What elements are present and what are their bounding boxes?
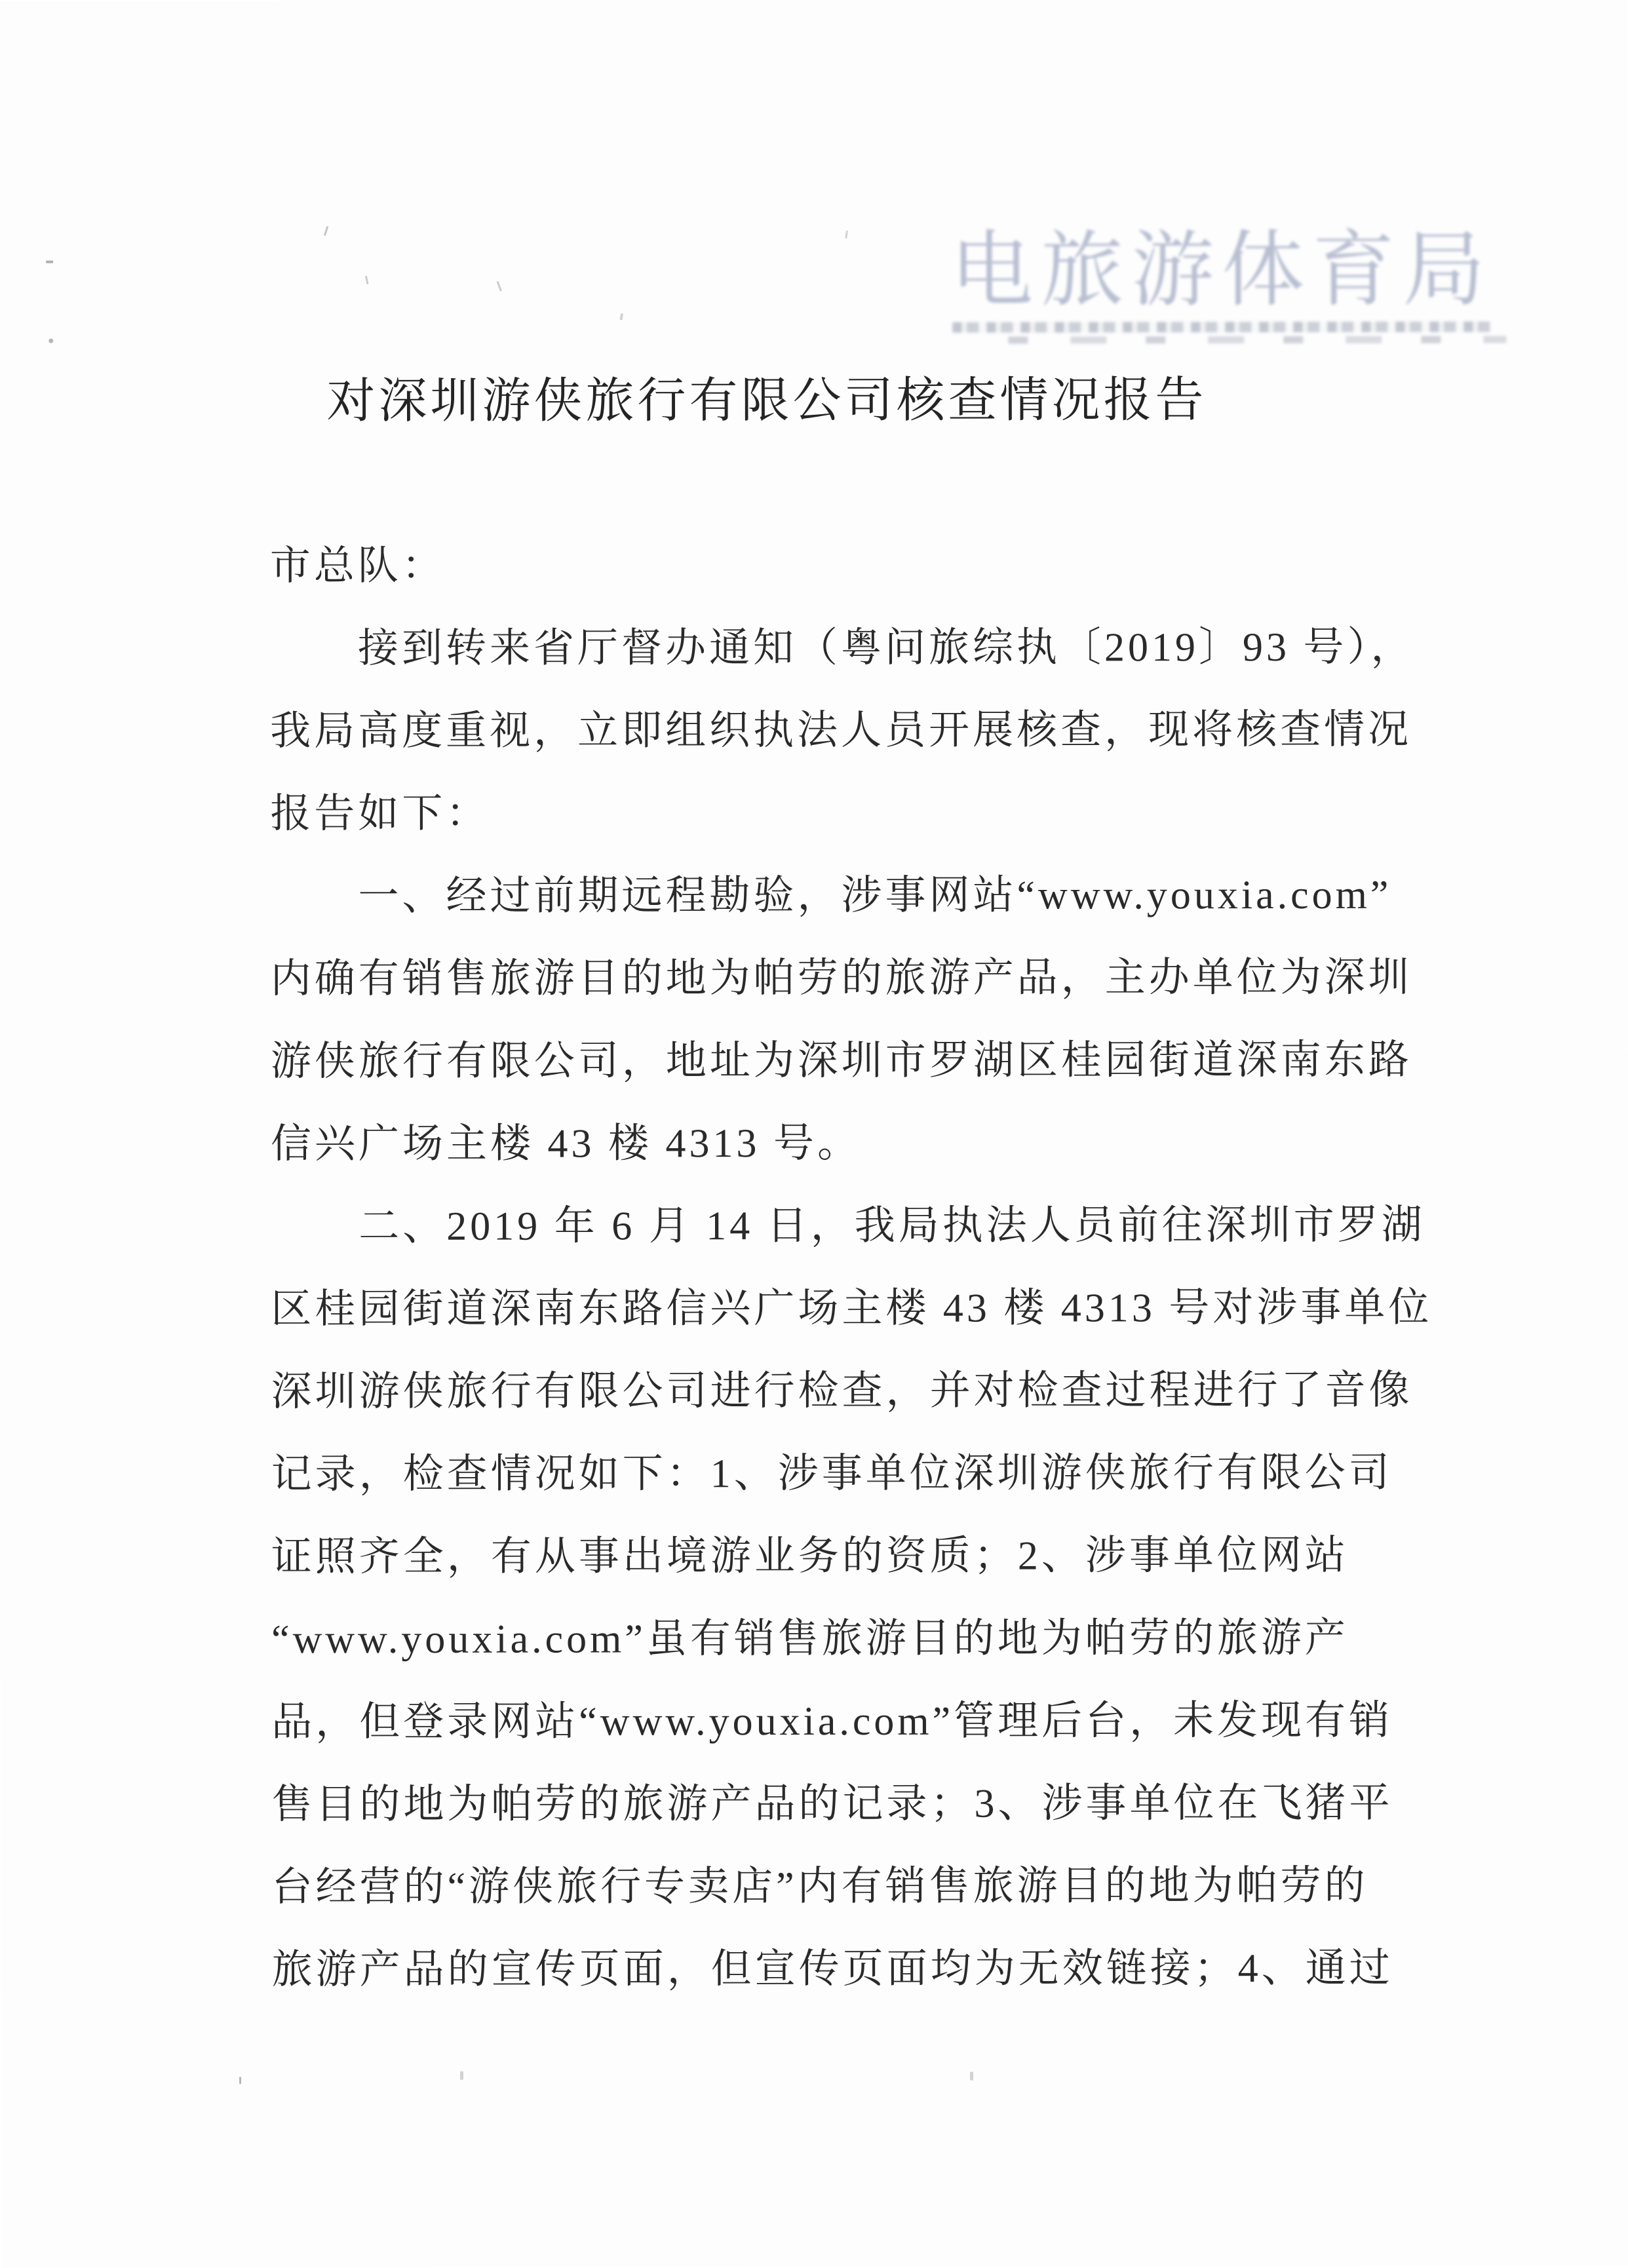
body-line: 报告如下： (270, 771, 1424, 855)
scan-speck (48, 339, 53, 343)
scan-speck (460, 2071, 463, 2080)
body-line: 内确有销售旅游目的地为帕劳的旅游产品，主办单位为深圳 (271, 936, 1424, 1020)
scan-speck (365, 276, 369, 284)
body-line: 一、经过前期远程勘验，涉事网站“www.youxia.com” (270, 854, 1424, 938)
salutation-line: 市总队： (270, 524, 1424, 607)
body-line: 品，但登录网站“www.youxia.com”管理后台，未发现有销 (271, 1680, 1425, 1763)
body-line: 接到转来省厅督办通知（粤问旅综执〔2019〕93 号）， (270, 606, 1424, 690)
scan-speck (497, 281, 502, 292)
scan-speck (619, 313, 623, 320)
letterhead-blur-line-2 (1008, 336, 1506, 344)
document-body: 市总队： 接到转来省厅督办通知（粤问旅综执〔2019〕93 号）， 我局高度重视… (270, 524, 1425, 2011)
body-line: 我局高度重视，立即组织执法人员开展核查，现将核查情况 (270, 689, 1424, 773)
body-line: 游侠旅行有限公司，地址为深圳市罗湖区桂园街道深南东路 (271, 1019, 1424, 1103)
scan-speck (239, 2077, 241, 2084)
body-line: 信兴广场主楼 43 楼 4313 号。 (271, 1102, 1424, 1185)
letterhead-stamp-text: 电旅游体育局 (950, 204, 1493, 323)
scan-speck (46, 261, 53, 263)
body-line: 区桂园街道深南东路信兴广场主楼 43 楼 4313 号对涉事单位 (271, 1267, 1424, 1351)
body-line: 旅游产品的宣传页面，但宣传页面均为无效链接；4、通过 (272, 1927, 1425, 2011)
body-line: 证照齐全，有从事出境游业务的资质；2、涉事单位网站 (271, 1514, 1425, 1598)
document-title: 对深圳游侠旅行有限公司核查情况报告 (326, 361, 1207, 432)
scan-speck (845, 231, 848, 239)
scanned-document-page: 电旅游体育局 对深圳游侠旅行有限公司核查情况报告 市总队： 接到转来省厅督办通知… (0, 0, 1628, 2268)
body-line: 售目的地为帕劳的旅游产品的记录；3、涉事单位在飞猪平 (271, 1762, 1425, 1846)
body-line: 台经营的“游侠旅行专卖店”内有销售旅游目的地为帕劳的 (272, 1845, 1425, 1929)
scan-speck (324, 226, 328, 236)
body-line: “www.youxia.com”虽有销售旅游目的地为帕劳的旅游产 (271, 1597, 1425, 1681)
letterhead-blur-line-1 (952, 322, 1490, 333)
body-line: 深圳游侠旅行有限公司进行检查，并对检查过程进行了音像 (271, 1349, 1424, 1433)
scan-speck (970, 2072, 973, 2081)
body-line: 记录，检查情况如下：1、涉事单位深圳游侠旅行有限公司 (271, 1432, 1425, 1516)
body-line: 二、2019 年 6 月 14 日，我局执法人员前往深圳市罗湖 (271, 1184, 1424, 1268)
